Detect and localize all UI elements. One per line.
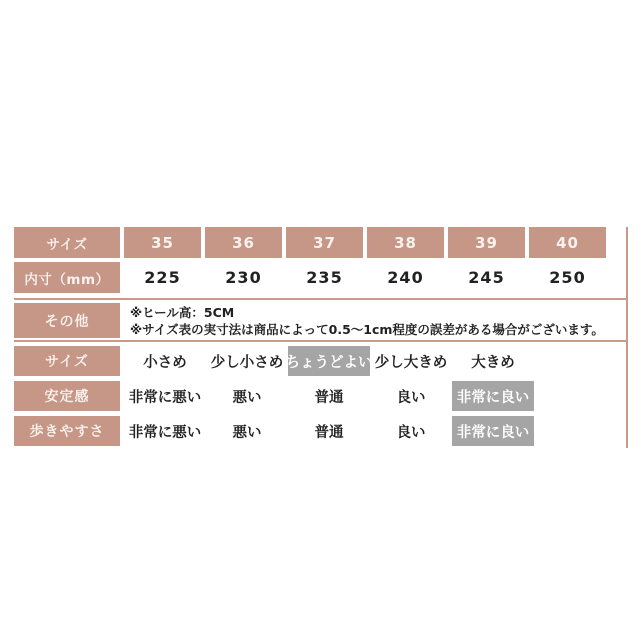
size-column-37: 37 [286,227,363,258]
fit-size-option: 少し大きめ [370,346,452,376]
stability-option: 非常に悪い [124,381,206,411]
size-table: サイズ 35 36 37 38 39 40 内寸（mm） 225 230 235… [14,227,610,293]
separator-line-bottom [14,340,628,342]
walkability-option: 悪い [206,416,288,446]
inner-length-label: 内寸（mm） [14,262,120,293]
right-border-line [626,227,628,448]
fit-size-label: サイズ [14,346,120,376]
size-column-39: 39 [448,227,525,258]
stability-option-selected: 非常に良い [452,381,534,411]
separator-line-top [14,298,628,300]
size-header-label: サイズ [14,227,120,258]
note-heel-height: ※ヒール高：5CM [130,304,604,321]
inner-length-value-35: 225 [124,262,201,293]
stability-option: 普通 [288,381,370,411]
note-size-tolerance: ※サイズ表の実寸法は商品によって0.5～1cm程度の誤差がある場合がございます。 [130,321,604,338]
other-label: その他 [14,303,120,338]
size-chart: サイズ 35 36 37 38 39 40 内寸（mm） 225 230 235… [14,227,630,448]
walkability-option-selected: 非常に良い [452,416,534,446]
inner-length-value-37: 235 [286,262,363,293]
fit-size-option-selected: ちょうどよい [288,346,370,376]
walkability-option: 良い [370,416,452,446]
fit-size-option: 大きめ [452,346,534,376]
size-column-36: 36 [205,227,282,258]
size-column-35: 35 [124,227,201,258]
walkability-option: 非常に悪い [124,416,206,446]
other-section: その他 ※ヒール高：5CM ※サイズ表の実寸法は商品によって0.5～1cm程度の… [14,303,628,338]
fit-size-option: 少し小さめ [206,346,288,376]
walkability-label: 歩きやすさ [14,416,120,446]
size-column-38: 38 [367,227,444,258]
size-chart-image: サイズ 35 36 37 38 39 40 内寸（mm） 225 230 235… [0,0,640,640]
stability-option: 良い [370,381,452,411]
other-notes: ※ヒール高：5CM ※サイズ表の実寸法は商品によって0.5～1cm程度の誤差があ… [130,304,604,338]
walkability-option: 普通 [288,416,370,446]
size-column-40: 40 [529,227,606,258]
fit-table: サイズ 小さめ 少し小さめ ちょうどよい 少し大きめ 大きめ 安定感 非常に悪い… [14,346,534,446]
inner-length-value-38: 240 [367,262,444,293]
inner-length-value-40: 250 [529,262,606,293]
stability-label: 安定感 [14,381,120,411]
inner-length-value-36: 230 [205,262,282,293]
fit-size-option: 小さめ [124,346,206,376]
inner-length-value-39: 245 [448,262,525,293]
stability-option: 悪い [206,381,288,411]
